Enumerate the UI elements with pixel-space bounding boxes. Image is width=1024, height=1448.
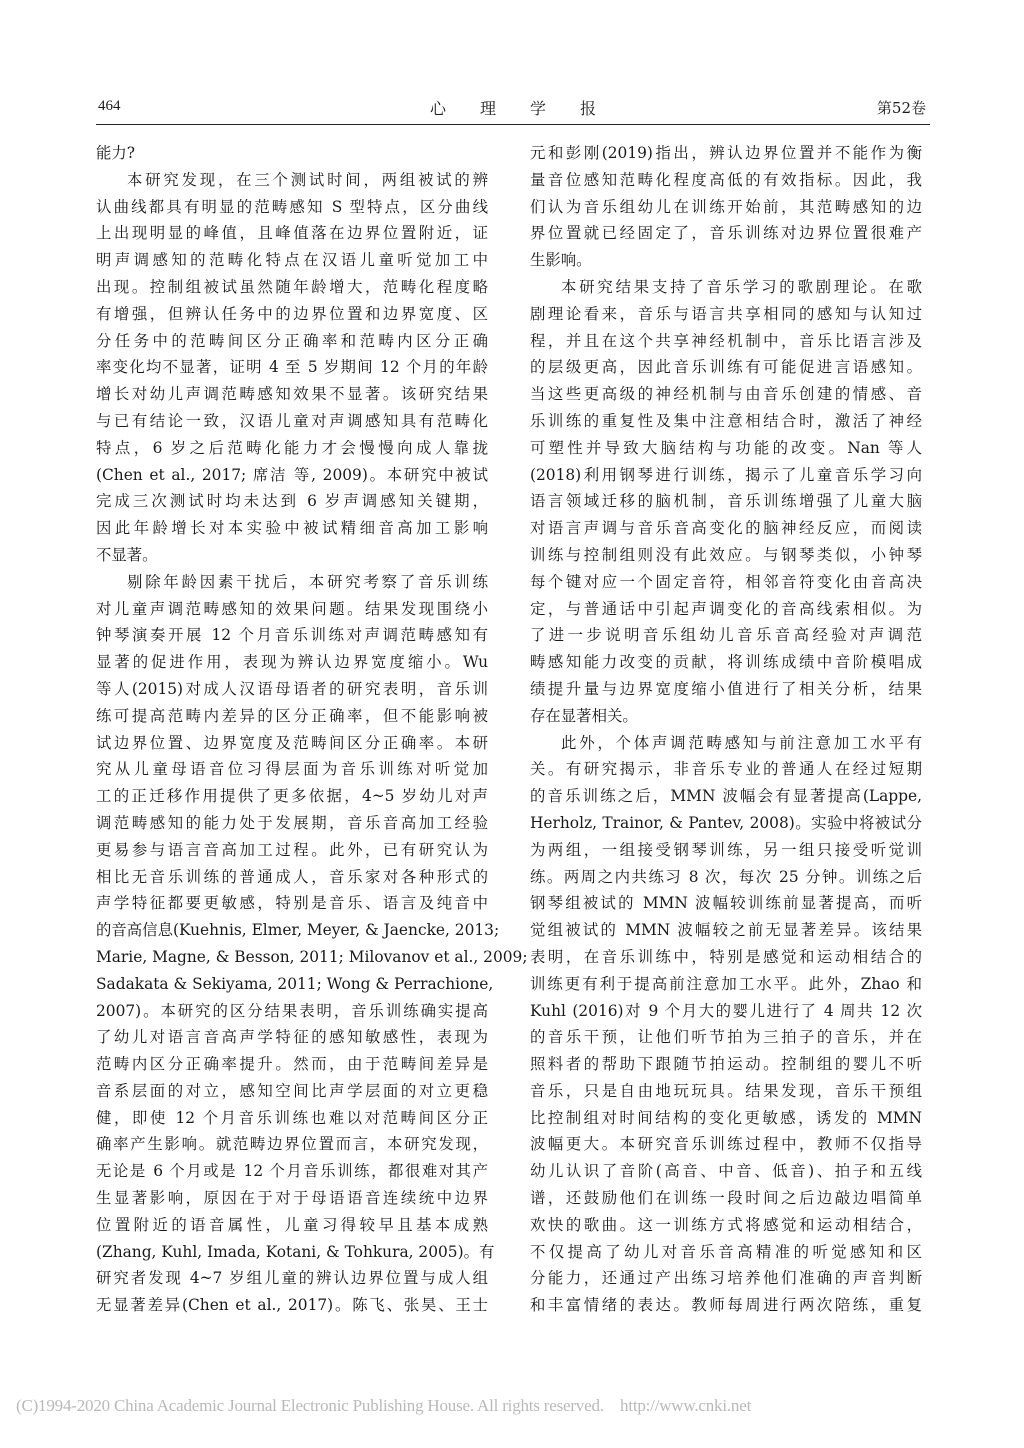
- running-header: 464 心理学报 第52卷: [96, 96, 930, 125]
- text-line: 此外，个体声调范畴感知与前注意加工水平有: [530, 730, 922, 757]
- text-line: 练。两周之内共练习 8 次，每次 25 分钟。训练之后: [530, 864, 922, 891]
- text-line: 研究者发现 4~7 岁组儿童的辨认边界位置与成人组: [96, 1265, 488, 1292]
- text-line: 本研究结果支持了音乐学习的歌剧理论。在歌: [530, 274, 922, 301]
- text-line: 认曲线都具有明显的范畴感知 S 型特点，区分曲线: [96, 194, 488, 221]
- text-line: 练可提高范畴内差异的区分正确率，但不能影响被: [96, 703, 488, 730]
- text-line: 特点，6 岁之后范畴化能力才会慢慢向成人靠拢: [96, 435, 488, 462]
- text-line: 欢快的歌曲。这一训练方式将感觉和运动相结合，: [530, 1212, 922, 1239]
- text-line: 幼儿认识了音阶(高音、中音、低音)、拍子和五线: [530, 1158, 922, 1185]
- text-line: 照料者的帮助下跟随节拍运动。控制组的婴儿不听: [530, 1051, 922, 1078]
- text-line: 程，并且在这个共享神经机制中，音乐比语言涉及: [530, 328, 922, 355]
- volume-label: 第52卷: [877, 97, 926, 118]
- footer-url: http://www.cnki.net: [620, 1396, 751, 1415]
- text-line: 定，与普通话中引起声调变化的音高线索相似。为: [530, 596, 922, 623]
- text-line: 相比无音乐训练的普通成人，音乐家对各种形式的: [96, 864, 488, 891]
- text-line: 存在显著相关。: [530, 703, 922, 730]
- text-line: 谱，还鼓励他们在训练一段时间之后边敲边唱简单: [530, 1185, 922, 1212]
- text-line: 更易参与语言音高加工过程。此外，已有研究认为: [96, 837, 488, 864]
- text-line: 有增强，但辨认任务中的边界位置和边界宽度、区: [96, 301, 488, 328]
- text-line: 当这些更高级的神经机制与由音乐创建的情感、音: [530, 381, 922, 408]
- text-line: 试边界位置、边界宽度及范畴间区分正确率。本研: [96, 730, 488, 757]
- text-line: 的音乐训练之后，MMN 波幅会有显著提高(Lappe,: [530, 783, 922, 810]
- text-line: 不仅提高了幼儿对音乐音高精准的听觉感知和区: [530, 1239, 922, 1266]
- text-line: 能力?: [96, 140, 488, 167]
- text-line: 可塑性并导致大脑结构与功能的改变。Nan 等人: [530, 435, 922, 462]
- text-line: 音系层面的对立，感知空间比声学层面的对立更稳: [96, 1078, 488, 1105]
- text-line: 本研究发现，在三个测试时间，两组被试的辨: [96, 167, 488, 194]
- text-line: 出现。控制组被试虽然随年龄增大，范畴化程度略: [96, 274, 488, 301]
- text-line: 明声调感知的范畴化特点在汉语儿童听觉加工中: [96, 247, 488, 274]
- text-line: 对语言声调与音乐音高变化的脑神经反应，而阅读: [530, 515, 922, 542]
- text-line: 工的正迁移作用提供了更多依据，4~5 岁幼儿对声: [96, 783, 488, 810]
- left-column: 能力?本研究发现，在三个测试时间，两组被试的辨认曲线都具有明显的范畴感知 S 型…: [96, 140, 488, 1319]
- text-line: 了幼儿对语言音高声学特征的感知敏感性，表现为: [96, 1024, 488, 1051]
- text-line: 的音高信息(Kuehnis, Elmer, Meyer, & Jaencke, …: [96, 917, 488, 944]
- text-line: 增长对幼儿声调范畴感知效果不显著。该研究结果: [96, 381, 488, 408]
- text-line: 因此年龄增长对本实验中被试精细音高加工影响: [96, 515, 488, 542]
- text-line: 绩提升量与边界宽度缩小值进行了相关分析，结果: [530, 676, 922, 703]
- text-line: 健，即使 12 个月音乐训练也难以对范畴间区分正: [96, 1105, 488, 1132]
- text-line: Herholz, Trainor, & Pantev, 2008)。实验中将被试…: [530, 810, 922, 837]
- text-line: 完成三次测试时均未达到 6 岁声调感知关键期，: [96, 488, 488, 515]
- text-line: 的层级更高，因此音乐训练有可能促进言语感知。: [530, 354, 922, 381]
- text-line: 显著的促进作用，表现为辨认边界宽度缩小。Wu: [96, 649, 488, 676]
- text-line: 元和彭刚(2019)指出，辨认边界位置并不能作为衡: [530, 140, 922, 167]
- text-line: 确率产生影响。就范畴边界位置而言，本研究发现，: [96, 1131, 488, 1158]
- text-line: 位置附近的语音属性，儿童习得较早且基本成熟: [96, 1212, 488, 1239]
- text-line: 分任务中的范畴间区分正确率和范畴内区分正确: [96, 328, 488, 355]
- text-line: 钟琴演奏开展 12 个月音乐训练对声调范畴感知有: [96, 622, 488, 649]
- text-line: 等人(2015)对成人汉语母语者的研究表明，音乐训: [96, 676, 488, 703]
- text-line: 的音乐干预，让他们听节拍为三拍子的音乐，并在: [530, 1024, 922, 1051]
- text-line: 上出现明显的峰值，且峰值落在边界位置附近，证: [96, 220, 488, 247]
- text-line: 生影响。: [530, 247, 922, 274]
- text-line: 为两组，一组接受钢琴训练，另一组只接受听觉训: [530, 837, 922, 864]
- text-line: (2018)利用钢琴进行训练，揭示了儿童音乐学习向: [530, 462, 922, 489]
- text-line: 分能力，还通过产出练习培养他们准确的声音判断: [530, 1265, 922, 1292]
- text-line: 与已有结论一致，汉语儿童对声调感知具有范畴化: [96, 408, 488, 435]
- text-line: 调范畴感知的能力处于发展期，音乐音高加工经验: [96, 810, 488, 837]
- copyright-footer: (C)1994-2020 China Academic Journal Elec…: [0, 1396, 1024, 1416]
- text-line: 表明，在音乐训练中，特别是感觉和运动相结合的: [530, 944, 922, 971]
- text-line: 剔除年龄因素干扰后，本研究考察了音乐训练: [96, 569, 488, 596]
- text-line: 乐训练的重复性及集中注意相结合时，激活了神经: [530, 408, 922, 435]
- copyright-text: (C)1994-2020 China Academic Journal Elec…: [16, 1396, 604, 1415]
- text-line: 和丰富情绪的表达。教师每周进行两次陪练，重复: [530, 1292, 922, 1319]
- text-line: 对儿童声调范畴感知的效果问题。结果发现围绕小: [96, 596, 488, 623]
- text-line: 不显著。: [96, 542, 488, 569]
- text-line: 2007)。本研究的区分结果表明，音乐训练确实提高: [96, 998, 488, 1025]
- text-line: 训练更有利于提高前注意加工水平。此外，Zhao 和: [530, 971, 922, 998]
- text-line: 畴感知能力改变的贡献，将训练成绩中音阶模唱成: [530, 649, 922, 676]
- journal-title: 心理学报: [96, 96, 930, 119]
- text-line: 训练与控制组则没有此效应。与钢琴类似，小钟琴: [530, 542, 922, 569]
- text-line: 比控制组对时间结构的变化更敏感，诱发的 MMN: [530, 1105, 922, 1132]
- text-line: Kuhl (2016)对 9 个月大的婴儿进行了 4 周共 12 次: [530, 998, 922, 1025]
- text-line: (Chen et al., 2017; 席洁 等, 2009)。本研究中被试: [96, 462, 488, 489]
- text-line: (Zhang, Kuhl, Imada, Kotani, & Tohkura, …: [96, 1239, 488, 1266]
- text-line: 究从儿童母语音位习得层面为音乐训练对听觉加: [96, 756, 488, 783]
- text-line: 声学特征都要更敏感，特别是音乐、语言及纯音中: [96, 890, 488, 917]
- text-line: 觉组被试的 MMN 波幅较之前无显著差异。该结果: [530, 917, 922, 944]
- text-line: 率变化均不显著，证明 4 至 5 岁期间 12 个月的年龄: [96, 354, 488, 381]
- text-line: 关。有研究揭示，非音乐专业的普通人在经过短期: [530, 756, 922, 783]
- text-line: 量音位感知范畴化程度高低的有效指标。因此，我: [530, 167, 922, 194]
- text-line: 们认为音乐组幼儿在训练开始前，其范畴感知的边: [530, 194, 922, 221]
- text-line: 剧理论看来，音乐与语言共享相同的感知与认知过: [530, 301, 922, 328]
- text-line: 波幅更大。本研究音乐训练过程中，教师不仅指导: [530, 1131, 922, 1158]
- text-line: 钢琴组被试的 MMN 波幅较训练前显著提高，而听: [530, 890, 922, 917]
- text-line: 无论是 6 个月或是 12 个月音乐训练，都很难对其产: [96, 1158, 488, 1185]
- text-line: 生显著影响，原因在于对于母语语音连续统中边界: [96, 1185, 488, 1212]
- text-line: Sadakata & Sekiyama, 2011; Wong & Perrac…: [96, 971, 488, 998]
- right-column: 元和彭刚(2019)指出，辨认边界位置并不能作为衡量音位感知范畴化程度高低的有效…: [530, 140, 922, 1319]
- text-line: 每个键对应一个固定音符，相邻音符变化由音高决: [530, 569, 922, 596]
- text-line: 了进一步说明音乐组幼儿音乐音高经验对声调范: [530, 622, 922, 649]
- text-line: Marie, Magne, & Besson, 2011; Milovanov …: [96, 944, 488, 971]
- text-line: 语言领域迁移的脑机制，音乐训练增强了儿童大脑: [530, 488, 922, 515]
- text-line: 界位置就已经固定了，音乐训练对边界位置很难产: [530, 220, 922, 247]
- text-line: 音乐，只是自由地玩玩具。结果发现，音乐干预组: [530, 1078, 922, 1105]
- text-line: 无显著差异(Chen et al., 2017)。陈飞、张昊、王士: [96, 1292, 488, 1319]
- text-line: 范畴内区分正确率提升。然而，由于范畴间差异是: [96, 1051, 488, 1078]
